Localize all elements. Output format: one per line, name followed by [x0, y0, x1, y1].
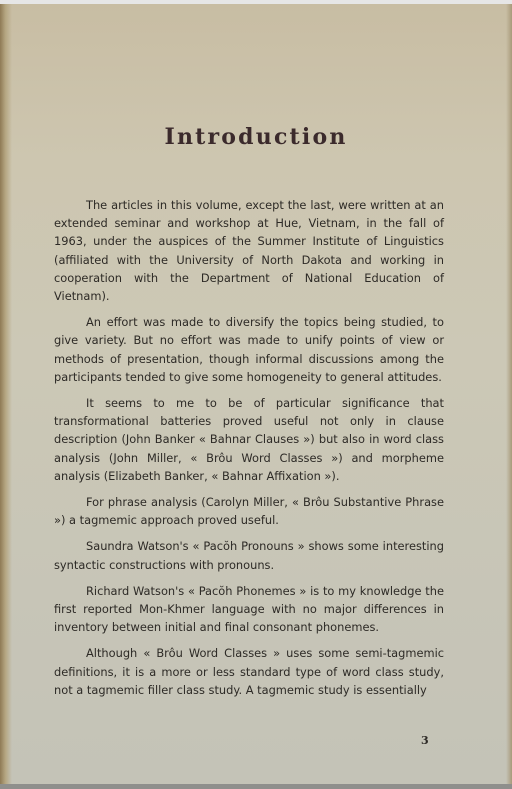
paragraph-3: It seems to me to be of particular signi… [54, 394, 444, 485]
paragraph-6: Richard Watson's « Pacŏh Phonemes » is t… [54, 582, 444, 637]
page-title: Introduction [0, 124, 512, 150]
book-page: Introduction The articles in this volume… [0, 4, 512, 785]
body-text: The articles in this volume, except the … [54, 196, 444, 707]
paragraph-4: For phrase analysis (Carolyn Miller, « B… [54, 493, 444, 529]
paragraph-2: An effort was made to diversify the topi… [54, 313, 444, 386]
paragraph-1: The articles in this volume, except the … [54, 196, 444, 305]
paragraph-5: Saundra Watson's « Pacŏh Pronouns » show… [54, 537, 444, 573]
page-number: 3 [421, 734, 429, 747]
background-surface-bottom [0, 784, 512, 789]
paragraph-7: Although « Brôu Word Classes » uses some… [54, 644, 444, 699]
